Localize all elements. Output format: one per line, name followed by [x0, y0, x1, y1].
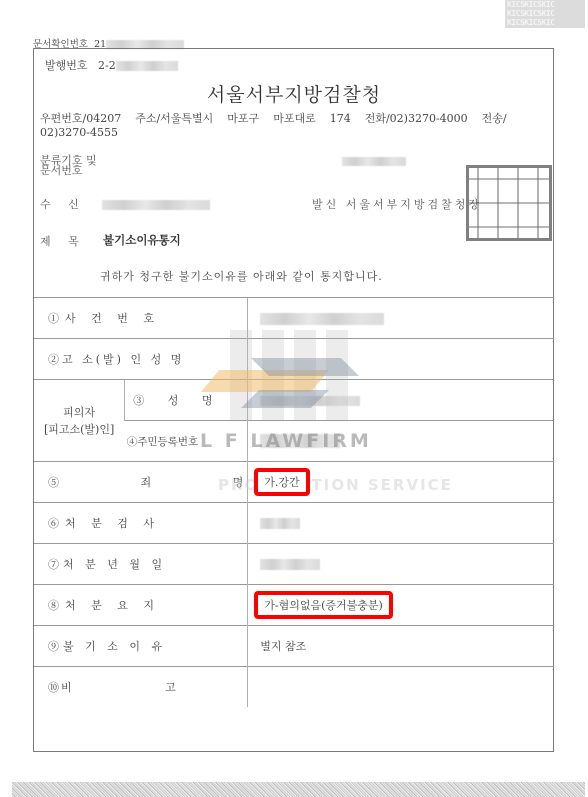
resident-number-value	[248, 421, 554, 462]
recipient-row: 수 신	[40, 196, 210, 212]
suspect-name-value	[248, 380, 554, 421]
suspect-name-label: ③ 성 명	[125, 380, 248, 421]
notice-table: ①사 건 번 호 ②고 소(발) 인 성 명 피의자 [피고소(발)인] ③ 성…	[34, 297, 554, 707]
redacted-block	[102, 200, 210, 210]
official-seal-icon	[466, 165, 552, 241]
date-value	[248, 544, 554, 585]
case-number-value	[248, 298, 554, 339]
table-row: ⑥처 분 검 사	[34, 503, 554, 544]
disposition-value: 가-혐의없음(증거불충분)	[248, 585, 554, 626]
charge-label: ⑤ 죄 명	[34, 462, 248, 503]
issue-number: 발행번호 2-2	[45, 57, 178, 73]
complainant-label: ②고 소(발) 인 성 명	[34, 339, 248, 380]
table-row: ⑤ 죄 명 가.강간	[34, 462, 554, 503]
case-number-label: ①사 건 번 호	[34, 298, 248, 339]
remarks-label: ⑩비 고	[34, 667, 248, 708]
table-row: ⑨불 기 소 이 유 별지 참조	[34, 626, 554, 667]
stamp-line: KICSKICSKIC	[505, 0, 585, 9]
sender: 발신 서울서부지방검찰청장	[312, 196, 482, 212]
stamp-line: KICSKICSKIC	[505, 18, 585, 27]
redacted-block	[342, 157, 406, 166]
prosecutor-label: ⑥처 분 검 사	[34, 503, 248, 544]
classification-label: 분류기호 및 문서번호	[40, 156, 97, 176]
redacted-block	[260, 434, 340, 448]
table-row: ⑦처 분 년 월 일	[34, 544, 554, 585]
table-row: ②고 소(발) 인 성 명	[34, 339, 554, 380]
scan-noise-strip	[12, 782, 585, 797]
redacted-block	[260, 518, 300, 529]
reason-value: 별지 참조	[248, 626, 554, 667]
redacted-block	[260, 313, 384, 325]
reason-label: ⑨불 기 소 이 유	[34, 626, 248, 667]
suspect-group-label: 피의자 [피고소(발)인]	[34, 380, 125, 462]
page-title: 서울서부지방검찰청	[0, 80, 588, 107]
table-row: ⑩비 고	[34, 667, 554, 708]
kics-stamp: KICSKICSKIC KICSKICSKIC KICSKICSKIC	[505, 0, 585, 28]
complainant-value	[248, 339, 554, 380]
charge-value: 가.강간	[248, 462, 554, 503]
prosecutor-value	[248, 503, 554, 544]
remarks-value	[248, 667, 554, 708]
notice-text: 귀하가 청구한 불기소이유를 아래와 같이 통지합니다.	[100, 268, 383, 284]
table-row: ⑧처 분 요 지 가-혐의없음(증거불충분)	[34, 585, 554, 626]
redacted-block	[116, 61, 178, 71]
date-label: ⑦처 분 년 월 일	[34, 544, 248, 585]
subject: 불기소이유통지	[103, 232, 181, 248]
disposition-label: ⑧처 분 요 지	[34, 585, 248, 626]
subject-label: 제 목	[40, 233, 79, 249]
stamp-line: KICSKICSKIC	[505, 9, 585, 18]
redacted-block	[260, 559, 320, 570]
table-row: 피의자 [피고소(발)인] ③ 성 명	[34, 380, 554, 421]
table-row: ①사 건 번 호	[34, 298, 554, 339]
office-address: 우편번호/04207주소/서울특별시마포구마포대로174전화/02)3270-4…	[40, 112, 550, 140]
resident-number-label: ④주민등록번호	[125, 421, 248, 462]
highlighted-disposition: 가-혐의없음(증거불충분)	[254, 591, 393, 619]
highlighted-charge: 가.강간	[254, 468, 309, 496]
redacted-block	[260, 396, 360, 406]
